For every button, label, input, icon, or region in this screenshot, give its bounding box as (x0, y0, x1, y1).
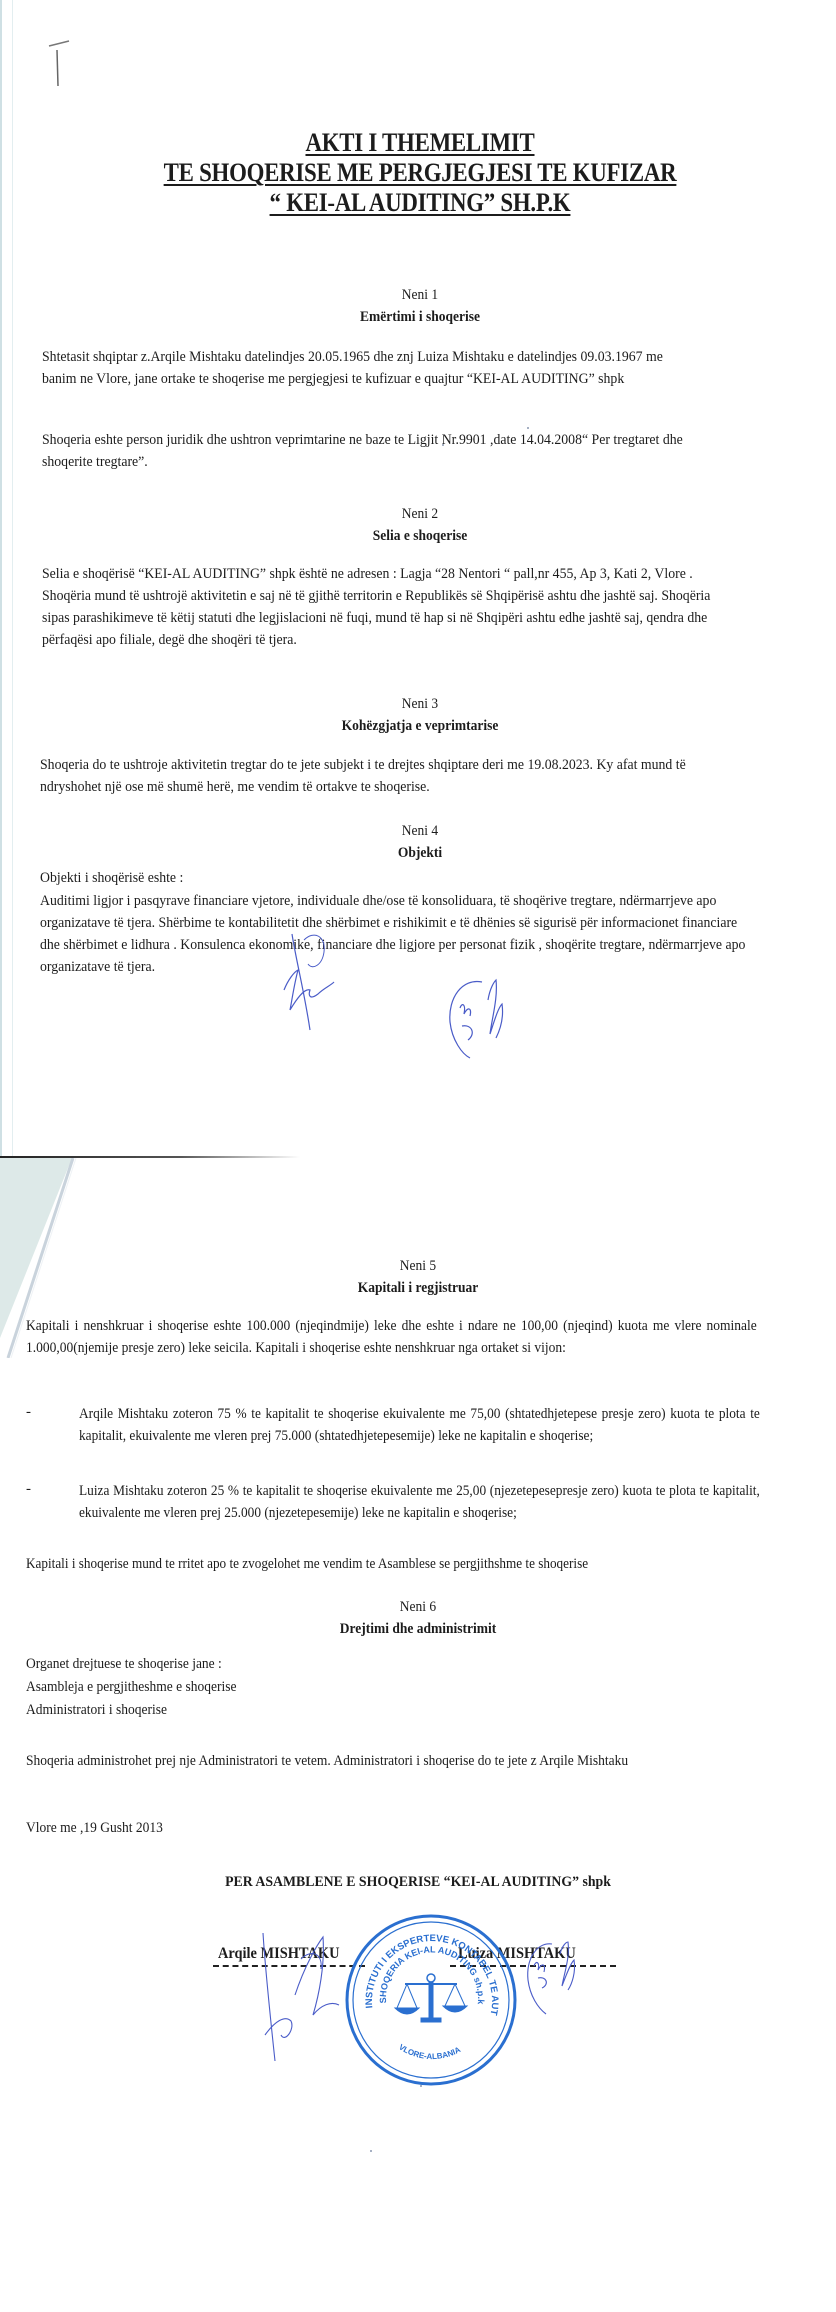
bullet-dash: - (26, 1481, 31, 1498)
page-1: AKTI I THEMELIMIT TE SHOQERISE ME PERGJE… (0, 0, 836, 1157)
title-line-1: AKTI I THEMELIMIT (52, 128, 788, 158)
handwritten-signature-2-icon (522, 1940, 582, 2020)
article-title: Drejtimi dhe administrimit (42, 1618, 794, 1640)
bullet-dash: - (26, 1404, 31, 1421)
place-and-date: Vlore me ,19 Gusht 2013 (26, 1817, 386, 1839)
article-2-paragraph-1: Selia e shoqërisë “KEI-AL AUDITING” shpk… (42, 563, 723, 651)
article-number: Neni 6 (42, 1596, 794, 1618)
scan-speck (370, 2150, 372, 2152)
article-4-heading: Neni 4 Objekti (2, 820, 836, 864)
article-1-paragraph-2: Shoqeria eshte person juridik dhe ushtro… (42, 429, 686, 473)
article-6-paragraph-1: Shoqeria administrohet prej nje Administ… (26, 1750, 656, 1772)
page-fold-shadow-icon (0, 1158, 80, 1358)
article-6-line-1: Organet drejtuese te shoqerise jane : (26, 1653, 566, 1675)
article-1-heading: Neni 1 Emërtimi i shoqerise (2, 284, 836, 328)
article-5-heading: Neni 5 Kapitali i regjistruar (0, 1255, 836, 1299)
handwritten-initials-2-icon (442, 978, 512, 1062)
article-number: Neni 3 (44, 693, 796, 715)
article-2-heading: Neni 2 Selia e shoqerise (2, 503, 836, 547)
article-5-bullet-2: Luiza Mishtaku zoteron 25 % te kapitalit… (79, 1480, 760, 1524)
article-title: Kohëzgjatja e veprimtarise (44, 715, 796, 737)
article-title: Emërtimi i shoqerise (44, 306, 796, 328)
scan-speck (442, 444, 444, 446)
handwritten-initials-1-icon (264, 930, 354, 1040)
svg-text:VLORE-ALBANIA: VLORE-ALBANIA (397, 2042, 462, 2061)
article-5-paragraph-1: Kapitali i nenshkruar i shoqerise eshte … (26, 1315, 757, 1359)
article-3-heading: Neni 3 Kohëzgjatja e veprimtarise (2, 693, 836, 737)
article-5-closing: Kapitali i shoqerise mund te rritet apo … (26, 1553, 748, 1575)
scales-of-justice-icon (395, 1974, 467, 2022)
title-line-2: TE SHOQERISE ME PERGJEGJESI TE KUFIZAR (52, 158, 788, 188)
scan-speck (527, 427, 529, 429)
article-number: Neni 5 (42, 1255, 794, 1277)
article-title: Objekti (44, 842, 796, 864)
title-line-3: “ KEI-AL AUDITING” SH.P.K (52, 188, 788, 218)
article-6-line-3: Administratori i shoqerise (26, 1699, 566, 1721)
signature-block-heading: PER ASAMBLENE E SHOQERISE “KEI-AL AUDITI… (33, 1874, 802, 1891)
article-6-heading: Neni 6 Drejtimi dhe administrimit (0, 1596, 836, 1640)
company-stamp-icon: INSTITUTI I EKSPERTEVE KONTABEL TE AUTOR… (343, 1912, 519, 2088)
article-1-paragraph-1: Shtetasit shqiptar z.Arqile Mishtaku dat… (42, 346, 686, 390)
staple-mark-icon (47, 38, 71, 88)
article-title: Kapitali i regjistruar (42, 1277, 794, 1299)
article-title: Selia e shoqerise (44, 525, 796, 547)
document-title: AKTI I THEMELIMIT TE SHOQERISE ME PERGJE… (2, 128, 836, 218)
stamp-bottom-text: VLORE-ALBANIA (397, 2042, 462, 2061)
page-1-bottom-edge (0, 1156, 300, 1158)
article-4-paragraph-1: Objekti i shoqërisë eshte : (40, 867, 721, 889)
scan-speck (420, 2085, 422, 2087)
article-4-paragraph-2: Auditimi ligjor i pasqyrave financiare v… (40, 890, 748, 978)
article-number: Neni 4 (44, 820, 796, 842)
article-number: Neni 1 (44, 284, 796, 306)
article-6-line-2: Asambleja e pergjitheshme e shoqerise (26, 1676, 566, 1698)
article-5-bullet-1: Arqile Mishtaku zoteron 75 % te kapitali… (79, 1403, 760, 1447)
article-3-paragraph-1: Shoqeria do te ushtroje aktivitetin treg… (40, 754, 721, 798)
article-number: Neni 2 (44, 503, 796, 525)
